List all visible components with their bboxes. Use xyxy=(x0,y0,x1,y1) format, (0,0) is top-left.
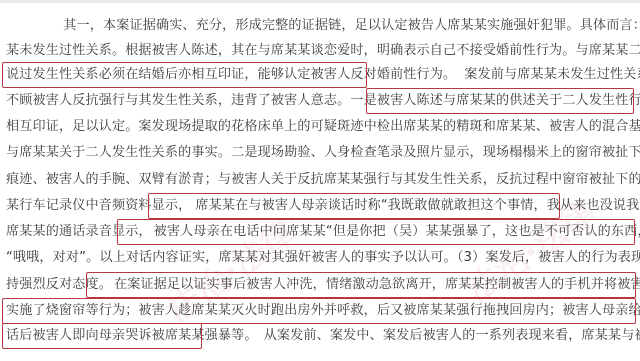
highlighted-text: 话后被害人即向母亲哭诉被席某某强暴等。 xyxy=(6,328,258,343)
text-segment: 不顾被害人反抗强行与其发生性关系，违背了被害人意志。一是被害人陈述与 xyxy=(6,93,456,108)
text-segment: 从案发前、案发中、案发后被害人的一系列表现来看，席某某与被害人发生性关系违背被 xyxy=(264,328,640,343)
document-body: 法治·法律 法治·法律 其一，本案证据确实、充分，形成完整的证据链，足以认定被告… xyxy=(0,0,640,361)
text-segment: “哦哦，对对”。以上对话内容证实，席某某对其强奸被害人的事实予以认可。（3）案发… xyxy=(6,250,640,265)
highlighted-text: 说过发生性关系必须在结婚后亦相互印证，能够认定被害人反对婚前性行为。 xyxy=(6,67,456,82)
text-line-2: 某未发生过性关系。根据被害人陈述，其在与席某某谈恋爱时，明确表示自己不接受婚前性… xyxy=(6,41,640,61)
text-line-11: 持强烈反对态度。在案证据足以证实事后被害人冲洗，情绪激动急欲离开，席某某控制被害… xyxy=(6,275,640,295)
highlighted-text: 在案证据足以证实事后被害人冲洗，情绪激动急欲离开，席某某控制被害人的手机并将被害… xyxy=(114,277,640,292)
text-line-9: 席某某的通话录音显示，被害人母亲在电话中问席某某“但是你把（吴）某某强暴了，这也… xyxy=(6,222,640,242)
highlighted-text: 席某某的供述关于二人发生性行为详细经过和具体细节 xyxy=(456,93,640,108)
text-line-12: 实施了烧窗帘等行为；被害人趁席某某灭火时跑出房外并呼救，后又被席某某强行拖拽回房… xyxy=(6,301,640,321)
text-segment: 其一，本案证据确实、充分，形成完整的证据链，足以认定被告人席某某实施强奸犯罪。具… xyxy=(50,18,640,33)
text-line-5: 相互印证，足以认定。案发现场提取的花格床单上的可疑斑迹中检出席某某的精斑和席某某… xyxy=(6,117,640,137)
text-line-10: “哦哦，对对”。以上对话内容证实，席某某对其强奸被害人的事实予以认可。（3）案发… xyxy=(6,248,640,268)
text-segment: 某行车记录仪中音频资料显示， xyxy=(6,198,191,213)
text-line-7: 痕迹、被害人的手腕、双臂有淤青；与被害人关于反抗席某某强行与其发生性关系，反抗过… xyxy=(6,170,640,190)
text-line-4: 不顾被害人反抗强行与其发生性关系，违背了被害人意志。一是被害人陈述与席某某的供述… xyxy=(6,91,640,111)
highlighted-text: 被害人母亲在电话中问席某某“但是你把（吴）某某强暴了，这也是不可否认的东西，是吧… xyxy=(154,224,640,239)
text-segment: 持强烈反对态度。 xyxy=(6,277,112,292)
text-segment: 案发前与席某某未发生过性关系。（2）案发时，席某某 xyxy=(464,67,640,82)
text-line-8: 某行车记录仪中音频资料显示，席某某在与被害人母亲谈话时称“我既敢做就敢担这个事情… xyxy=(6,196,640,216)
text-segment: 痕迹、被害人的手腕、双臂有淤青；与被害人关于反抗席某某强行与其发生性关系，反抗过… xyxy=(6,172,640,187)
text-segment: 某未发生过性关系。根据被害人陈述，其在与席某某谈恋爱时，明确表示自己不接受婚前性… xyxy=(6,43,640,58)
text-line-3: 说过发生性关系必须在结婚后亦相互印证，能够认定被害人反对婚前性行为。案发前与席某… xyxy=(6,65,640,85)
highlighted-text: 实施了烧窗帘等行为；被害人趁席某某灭火时跑出房外并呼救，后又被席某某强行拖拽回房… xyxy=(6,303,640,318)
text-segment: 席某某的通话录音显示， xyxy=(6,224,152,239)
text-line-1: 其一，本案证据确实、充分，形成完整的证据链，足以认定被告人席某某实施强奸犯罪。具… xyxy=(50,16,640,36)
text-segment: 相互印证，足以认定。案发现场提取的花格床单上的可疑斑迹中检出席某某的精斑和席某某… xyxy=(6,119,640,134)
text-line-6: 与席某某关于二人发生性关系的事实。二是现场勘验、人身检查笔录及照片显示，现场榻榻… xyxy=(6,143,640,163)
text-segment: 与席某某关于二人发生性关系的事实。二是现场勘验、人身检查笔录及照片显示，现场榻榻… xyxy=(6,145,640,160)
highlighted-text: 席某某在与被害人母亲谈话时称“我既敢做就敢担这个事情，我从来也没说我没做” xyxy=(195,198,640,213)
text-line-13: 话后被害人即向母亲哭诉被席某某强暴等。从案发前、案发中、案发后被害人的一系列表现… xyxy=(6,326,640,346)
